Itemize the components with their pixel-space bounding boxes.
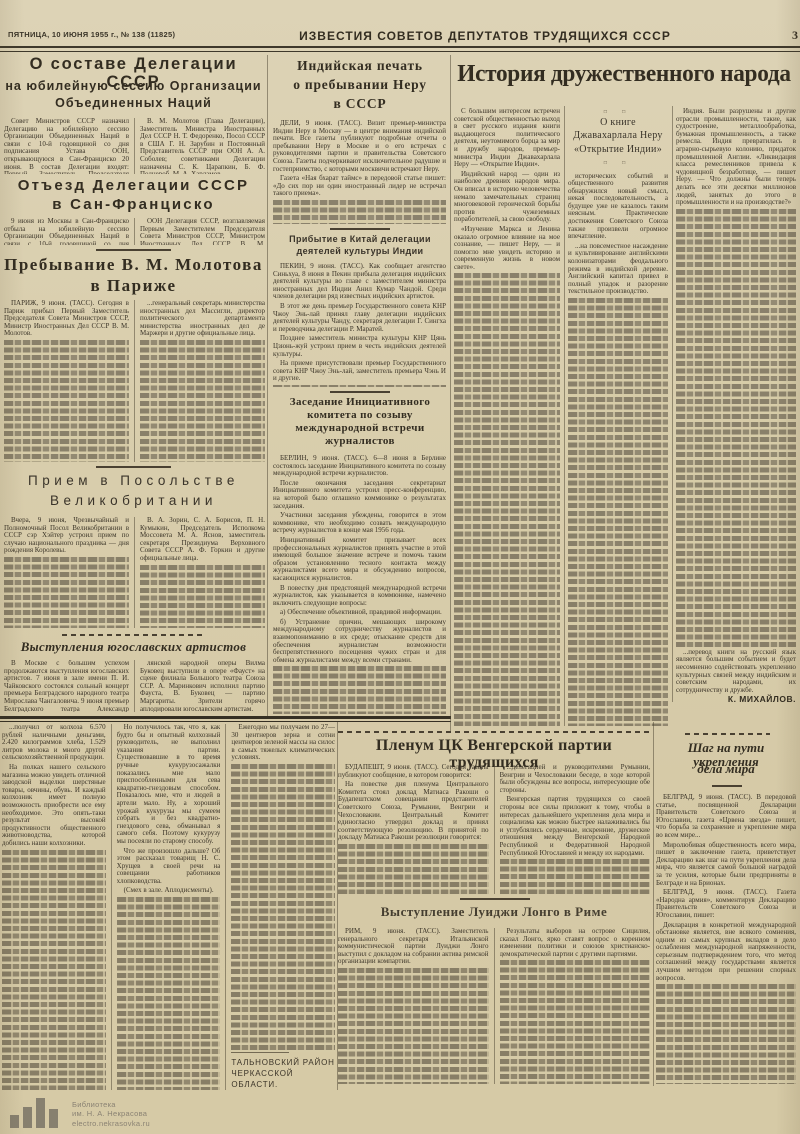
- article-peace-body: БЕЛГРАД, 9 июня. (ТАСС). В передовой ста…: [656, 794, 796, 1084]
- body-paragraph: а) Обеспечение объективной, правдивой ин…: [273, 609, 446, 617]
- section-divider: [330, 228, 390, 230]
- headline-departure-1: Отъезд Делегации СССР: [2, 178, 265, 194]
- headline-peace-2: дела мира: [655, 762, 797, 776]
- heavy-rule: [0, 716, 451, 722]
- column-rule: [111, 724, 112, 1090]
- body-text-continuation: [273, 385, 446, 387]
- body-text-continuation: [338, 844, 489, 894]
- headline-indian-press-1: Индийская печать: [272, 59, 448, 74]
- headline-artists: Выступления югославских артистов: [2, 640, 265, 654]
- ornament-rule: [62, 634, 205, 636]
- feature-subtitle-2: «Открытие Индии»: [568, 144, 668, 157]
- body-paragraph: БУДАПЕШТ, 9 июня. (ТАСС). Сегодня газеты…: [338, 764, 489, 779]
- delegation-col2: В. М. Молотов (Глава Делегации), Замести…: [140, 118, 265, 174]
- body-paragraph: (Смех в зале. Аплодисменты).: [117, 887, 221, 895]
- masthead-date: ПЯТНИЦА, 10 ИЮНЯ 1955 г., № 138 (11825): [8, 30, 308, 39]
- body-paragraph: На приеме присутствовали премьер Государ…: [273, 360, 446, 383]
- ornament-rule: [338, 731, 650, 733]
- body-paragraph: ...перевод книги на русский язык являетс…: [676, 649, 796, 695]
- body-paragraph: Участники заседания убеждены, говорится …: [273, 512, 446, 535]
- body-paragraph: В Москве с большим успехом продолжаются …: [4, 660, 129, 712]
- stamp-line-1: Библиотека: [72, 1100, 150, 1110]
- body-text-continuation: [231, 764, 335, 1052]
- column-rule: [134, 517, 135, 628]
- article-reception-body: Вчера, 9 июня, Чрезвычайный и Полномочны…: [4, 517, 265, 628]
- body-text-continuation: [117, 897, 221, 1090]
- body-text-continuation: [454, 273, 560, 726]
- longo-col1: РИМ, 9 июня. (ТАСС). Заместитель генерал…: [338, 928, 489, 1084]
- body-paragraph: Инициативный комитет призывает всех проф…: [273, 537, 446, 583]
- headline-journalists-2: комитета по созыву: [272, 410, 448, 422]
- headline-china-2: деятелей культуры Индии: [272, 247, 448, 257]
- body-paragraph: На полках нашего сельского магазина можн…: [2, 764, 106, 848]
- body-paragraph: ПЕКИН, 9 июня. (ТАСС). Как сообщает аген…: [273, 263, 446, 301]
- section-divider: [460, 898, 530, 900]
- section-divider: [96, 466, 171, 468]
- reception-col2: В. А. Зорин, С. А. Борисов, П. Н. Кумыки…: [140, 517, 265, 628]
- body-text-continuation: [500, 859, 651, 894]
- headline-molotov-1: Пребывание В. М. Молотова: [2, 256, 265, 274]
- body-paragraph: ДЕЛИ, 9 июня. (ТАСС). Визит премьер-мини…: [273, 120, 446, 173]
- headline-indian-press-3: в СССР: [272, 97, 448, 112]
- headline-reception-1: Прием в Посольстве: [2, 474, 265, 489]
- body-paragraph: 9 июня из Москвы в Сан-Франциско отбыла …: [4, 218, 129, 245]
- article-kolkhoz-body: ...получил от колхоза 6.570 рублей налич…: [2, 724, 335, 1090]
- headline-journalists-3: международной встречи: [272, 423, 448, 435]
- headline-reception-2: Великобритании: [2, 494, 265, 509]
- feature-subtitle-1: О книге Джавахарлала Неру: [568, 117, 668, 142]
- body-paragraph: Что же произошло дальше? Об этом рассказ…: [117, 848, 221, 886]
- molotov-col1: ПАРИЖ, 9 июня. (ТАСС). Сегодня в Париж п…: [4, 300, 129, 462]
- body-paragraph: БЕЛГРАД, 9 июня. (ТАСС). В передовой ста…: [656, 794, 796, 840]
- body-paragraph: ПАРИЖ, 9 июня. (ТАСС). Сегодня в Париж п…: [4, 300, 129, 338]
- delegation-col1: Совет Министров СССР назначил Делегацию …: [4, 118, 129, 174]
- article-indian-press-body: ДЕЛИ, 9 июня. (ТАСС). Визит премьер-мини…: [273, 120, 446, 224]
- library-stamp-text: Библиотека им. Н. А. Некрасова electro.n…: [72, 1100, 150, 1129]
- kolkhoz-col2: Но получилось так, что я, как будто бы и…: [117, 724, 221, 1090]
- square-ornament: □ □: [568, 108, 668, 117]
- headline-journalists-4: журналистов: [272, 436, 448, 448]
- headline-china-1: Прибытие в Китай делегации: [272, 235, 448, 245]
- body-paragraph: В. М. Молотов (Глава Делегации), Замести…: [140, 118, 265, 174]
- body-paragraph: ...на повсеместное насаждение и культиви…: [568, 243, 668, 296]
- column-rule: [225, 724, 226, 1090]
- body-paragraph: Индия. Были разрушены и другие отрасли п…: [676, 108, 796, 207]
- body-text-continuation: [4, 340, 129, 462]
- region-footer: ТАЛЬНОВСКИЙ РАЙОН ЧЕРКАССКОЙ ОБЛАСТИ.: [231, 1052, 335, 1090]
- article-china-body: ПЕКИН, 9 июня. (ТАСС). Как сообщает аген…: [273, 263, 446, 387]
- body-paragraph: Позднее заместитель министра культуры КН…: [273, 335, 446, 358]
- body-text-continuation: [273, 666, 446, 714]
- kolkhoz-col3: Ежегодно мы получаем по 27—30 центнеров …: [231, 724, 335, 1090]
- body-paragraph: В этот же день премьер Государственного …: [273, 303, 446, 333]
- headline-longo: Выступление Луиджи Лонго в Риме: [338, 905, 650, 919]
- page-number: 3: [782, 28, 798, 43]
- author-signature: К. МИХАЙЛОВ.: [676, 696, 796, 704]
- newspaper-title: ИЗВЕСТИЯ СОВЕТОВ ДЕПУТАТОВ ТРУДЯЩИХСЯ СС…: [285, 29, 685, 43]
- column-rule: [653, 722, 654, 1086]
- column-rule: [450, 55, 451, 731]
- body-paragraph: Результаты выборов на острове Сицилия, с…: [500, 928, 651, 958]
- column-rule: [564, 106, 565, 726]
- newspaper-page: ПЯТНИЦА, 10 ИЮНЯ 1955 г., № 138 (11825) …: [0, 0, 800, 1134]
- headline-feature: История дружественного народа: [455, 62, 793, 88]
- headline-delegation-3: Объединенных Наций: [2, 97, 265, 111]
- artists-col2: лянской народной оперы Вилма Буковец выс…: [140, 660, 265, 712]
- column-rule: [134, 300, 135, 462]
- column-rule: [672, 106, 673, 702]
- column-rule: [337, 722, 338, 1090]
- headline-delegation-2: на юбилейную сессию Организации: [2, 80, 265, 94]
- longo-col2: Результаты выборов на острове Сицилия, с…: [500, 928, 651, 1084]
- body-paragraph: В повестку дня предстоящей международной…: [273, 585, 446, 608]
- library-logo-icon: [10, 1094, 58, 1128]
- body-paragraph: исторических событий и общественного раз…: [568, 173, 668, 241]
- body-paragraph: После окончания заседания секретариат Ин…: [273, 480, 446, 510]
- section-divider: [330, 391, 390, 393]
- square-ornament: □ □: [568, 159, 668, 168]
- body-paragraph: Декларация в конкретной международной об…: [656, 922, 796, 983]
- headline-molotov-2: в Париже: [2, 277, 265, 295]
- footer-dash: [231, 1052, 289, 1053]
- column-rule: [134, 118, 135, 174]
- body-text-continuation: [4, 557, 129, 628]
- departure-col2: ООН Делегация СССР, возглавляемая Первым…: [140, 218, 265, 245]
- stamp-line-3: electro.nekrasovka.ru: [72, 1119, 150, 1129]
- body-paragraph: БЕЛГРАД, 9 июня. (ТАСС). Газета «Народна…: [656, 889, 796, 919]
- column-rule: [134, 218, 135, 245]
- body-paragraph: С большим интересом встречен советской о…: [454, 108, 560, 169]
- body-paragraph: Вчера, 9 июня, Чрезвычайный и Полномочны…: [4, 517, 129, 555]
- body-text-continuation: [656, 984, 796, 1084]
- body-paragraph: лянской народной оперы Вилма Буковец выс…: [140, 660, 265, 712]
- body-text-continuation: [568, 298, 668, 726]
- region-line-1: ТАЛЬНОВСКИЙ РАЙОН: [231, 1057, 335, 1068]
- molotov-col2: ...генеральный секретарь министерства ин…: [140, 300, 265, 462]
- body-text-continuation: [273, 200, 446, 224]
- body-paragraph: Газета «Ная бхарат таймс» в передовой ст…: [273, 175, 446, 198]
- body-paragraph: БЕРЛИН, 9 июня. (ТАСС). 6—8 июня в Берли…: [273, 455, 446, 478]
- body-paragraph: Но получилось так, что я, как будто бы и…: [117, 724, 221, 846]
- body-paragraph: На повестке дня пленума Центрального Ком…: [338, 781, 489, 842]
- body-paragraph: Совет Министров СССР назначил Делегацию …: [4, 118, 129, 174]
- region-line-2: ЧЕРКАССКОЙ ОБЛАСТИ.: [231, 1068, 335, 1090]
- column-rule: [494, 928, 495, 1084]
- article-journalists-body: БЕРЛИН, 9 июня. (ТАСС). 6—8 июня в Берли…: [273, 455, 446, 714]
- feature-col-c: Индия. Были разрушены и другие отрасли п…: [676, 108, 796, 704]
- article-hungary-body: БУДАПЕШТ, 9 июня. (ТАСС). Сегодня газеты…: [338, 764, 650, 894]
- body-paragraph: В. А. Зорин, С. А. Борисов, П. Н. Кумыки…: [140, 517, 265, 563]
- article-molotov-body: ПАРИЖ, 9 июня. (ТАСС). Сегодня в Париж п…: [4, 300, 265, 462]
- column-rule: [267, 55, 268, 716]
- body-paragraph: ...получил от колхоза 6.570 рублей налич…: [2, 724, 106, 762]
- body-paragraph: Миролюбивая общественность всего мира, п…: [656, 842, 796, 888]
- hungary-col1: БУДАПЕШТ, 9 июня. (ТАСС). Сегодня газеты…: [338, 764, 489, 894]
- article-delegation-body: Совет Министров СССР назначил Делегацию …: [4, 118, 265, 174]
- body-paragraph: «Изучение Маркса и Ленина оказало огромн…: [454, 226, 560, 272]
- hungary-col2: ...делегацией и руководителями Румынии, …: [500, 764, 651, 894]
- headline-departure-2: в Сан-Франциско: [2, 197, 265, 213]
- body-text-continuation: [140, 565, 265, 628]
- body-text-continuation: [676, 209, 796, 649]
- body-text-continuation: [338, 968, 489, 1084]
- headline-indian-press-2: о пребывании Неру: [272, 78, 448, 93]
- body-paragraph: б) Устранение причин, мешающих широкому …: [273, 619, 446, 665]
- library-stamp: Библиотека им. Н. А. Некрасова electro.n…: [10, 1094, 150, 1128]
- body-paragraph: ...генеральный секретарь министерства ин…: [140, 300, 265, 338]
- body-text-continuation: [2, 850, 106, 1091]
- body-text-continuation: [140, 340, 265, 462]
- feature-col-a: С большим интересом встречен советской о…: [454, 108, 560, 726]
- stamp-line-2: им. Н. А. Некрасова: [72, 1109, 150, 1119]
- article-artists-body: В Москве с большим успехом продолжаются …: [4, 660, 265, 712]
- ornament-rule: [685, 733, 770, 735]
- departure-col1: 9 июня из Москвы в Сан-Франциско отбыла …: [4, 218, 129, 245]
- feature-col-b: □ □ О книге Джавахарлала Неру «Открытие …: [568, 108, 668, 726]
- body-paragraph: ООН Делегация СССР, возглавляемая Первым…: [140, 218, 265, 245]
- masthead-rule: [0, 46, 800, 52]
- headline-journalists-1: Заседание Инициативного: [272, 397, 448, 409]
- column-rule: [134, 660, 135, 712]
- body-paragraph: Венгерская партия трудящихся со своей ст…: [500, 796, 651, 857]
- column-rule: [494, 764, 495, 894]
- section-divider: [96, 249, 171, 251]
- article-departure-body: 9 июня из Москвы в Сан-Франциско отбыла …: [4, 218, 265, 245]
- kolkhoz-col1: ...получил от колхоза 6.570 рублей налич…: [2, 724, 106, 1090]
- artists-col1: В Москве с большим успехом продолжаются …: [4, 660, 129, 712]
- body-paragraph: Ежегодно мы получаем по 27—30 центнеров …: [231, 724, 335, 762]
- body-paragraph: Индийский народ — один из наиболее древн…: [454, 171, 560, 224]
- body-paragraph: ...делегацией и руководителями Румынии, …: [500, 764, 651, 794]
- body-text-continuation: [500, 960, 651, 1084]
- reception-col1: Вчера, 9 июня, Чрезвычайный и Полномочны…: [4, 517, 129, 628]
- article-longo-body: РИМ, 9 июня. (ТАСС). Заместитель генерал…: [338, 928, 650, 1084]
- body-paragraph: РИМ, 9 июня. (ТАСС). Заместитель генерал…: [338, 928, 489, 966]
- section-divider: [712, 785, 742, 787]
